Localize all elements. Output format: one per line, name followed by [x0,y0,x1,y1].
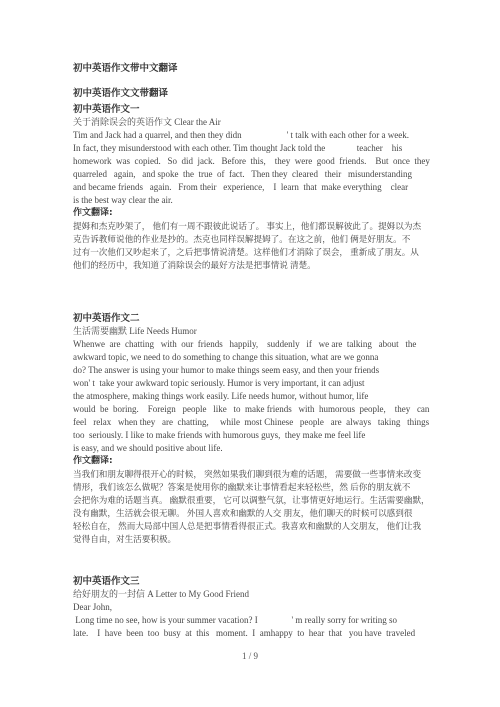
english-text-line: Whenwe are chatting with our friends hap… [73,338,430,351]
section-heading: 初中英语作文三 [73,575,430,588]
translation-label: 作文翻译: [73,207,430,220]
english-text-line: the atmosphere, making things work easil… [73,390,430,403]
chinese-text-line: 提姆和杰克吵架了， 他们有一周不跟彼此说话了。 事实上，他们都误解彼此了。提姆以… [73,220,430,233]
english-text-line: homework was copied. So did jack. Before… [73,155,430,168]
essay-section: 初中英语作文三给好朋友的一封信 A Letter to My Good Frie… [73,575,430,640]
essay-section: 初中英语作文二生活需要幽默 Life Needs HumorWhenwe are… [73,312,430,546]
english-text-line: do? The answer is using your humor to ma… [73,364,430,377]
english-text-line: won' t take your awkward topic seriously… [73,377,430,390]
essay-topic: 给好朋友的一封信 A Letter to My Good Friend [73,588,430,601]
chinese-text-line: 没有幽默，生活就会很无聊。 外国人喜欢和幽默的人交 朋友，他们聊天的时候可以感到… [73,507,430,520]
english-text-line: late. I have been too busy at this momen… [73,627,430,640]
english-text-line: Dear John, [73,601,430,614]
english-text-line: awkward topic, we need to do something t… [73,351,430,364]
english-text-line: would be boring. Foreign people like to … [73,403,430,416]
english-text-line: quarreled again, and spoke the true of f… [73,168,430,181]
essay-topic: 生活需要幽默 Life Needs Humor [73,325,430,338]
chinese-text-line: 情形，我们该怎么做呢？答案是使用你的幽默来让事情看起来轻松些，然 后你的朋友就不 [73,481,430,494]
chinese-text-line: 当我们和朋友聊得很开心的时候， 突然如果我们聊到很为难的话题， 需要做一些事情来… [73,468,430,481]
document-title: 初中英语作文带中文翻译 [73,62,430,75]
chinese-text-line: 会把你为难的话题当真。 幽默很重要， 它可以调整气氛，让事情更好地运行。生活需要… [73,494,430,507]
english-text-line: is the best way clear the air. [73,194,430,207]
chinese-text-line: 轻松自在， 然而大局部中国人总是把事情看得很正式。我喜欢和幽默的人交朋友， 他们… [73,520,430,533]
english-text-line: and became friends again. From their exp… [73,181,430,194]
chinese-text-line: 克告诉教师说他的作业是抄的。杰克也同样误解提姆了。在这之前，他们 俩是好朋友。不 [73,233,430,246]
essay-sections: 初中英语作文文带翻译初中英语作文一关于消除误会的英语作文 Clear the A… [73,87,430,640]
chinese-text-line: 过有一次他们又吵起来了，之后把事情说清楚。这样他们才消除了误会， 重新成了朋友。… [73,246,430,259]
english-text-line: Long time no see, how is your summer vac… [73,614,430,627]
document-page: 初中英语作文带中文翻译 初中英语作文文带翻译初中英语作文一关于消除误会的英语作文… [0,0,500,707]
essay-section: 初中英语作文文带翻译初中英语作文一关于消除误会的英语作文 Clear the A… [73,87,430,272]
section-pre-heading: 初中英语作文文带翻译 [73,87,430,100]
translation-label: 作文翻译: [73,455,430,468]
english-text-line: Tim and Jack had a quarrel, and then the… [73,129,430,142]
english-text-line: too seriously. I like to make friends wi… [73,429,430,442]
essay-topic: 关于消除误会的英语作文 Clear the Air [73,116,430,129]
section-heading: 初中英语作文二 [73,312,430,325]
chinese-text-line: 觉得自由，对生活要积极。 [73,533,430,546]
english-text-line: is easy, and we should positive about li… [73,442,430,455]
page-number-indicator: 1 / 9 [0,651,500,661]
english-text-line: In fact, they misunderstood with each ot… [73,142,430,155]
english-text-line: feel relax when they are chatting, while… [73,416,430,429]
chinese-text-line: 他们的经历中，我知道了消除误会的最好方法是把事情说 清楚。 [73,259,430,272]
section-heading: 初中英语作文一 [73,103,430,116]
